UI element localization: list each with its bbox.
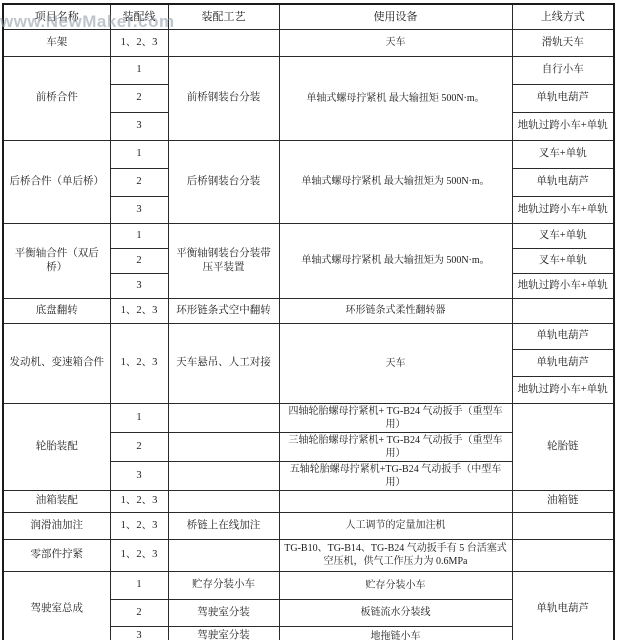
cell-runhua-lines: 1、2、3 — [110, 512, 168, 539]
cell-jiashishi-process-2: 驾驶室分装 — [168, 599, 279, 626]
cell-pinghengzhou-line-1: 1 — [110, 223, 168, 248]
cell-qianqiao-loading-1: 自行小车 — [512, 56, 614, 84]
row-youxiang: 油箱装配 1、2、3 油箱链 — [3, 490, 614, 512]
cell-pinghengzhou-line-2: 2 — [110, 248, 168, 273]
cell-houqiao-equipment: 单轴式螺母拧紧机 最大输扭矩为 500N·m。 — [279, 140, 512, 223]
cell-houqiao-process: 后桥钢装台分装 — [168, 140, 279, 223]
cell-dipan-equipment: 环形链条式柔性翻转器 — [279, 298, 512, 323]
cell-luntai-loading: 轮胎链 — [512, 403, 614, 490]
assembly-spec-table: 项目名称 装配线 装配工艺 使用设备 上线方式 车架 1、2、3 天车 滑轨天车… — [2, 3, 615, 640]
cell-qianqiao-name: 前桥合件 — [3, 56, 110, 140]
cell-lingbujian-loading — [512, 539, 614, 571]
cell-luntai-equipment-1: 四轴轮胎螺母拧紧机+ TG-B24 气动扳手（重型车用） — [279, 403, 512, 432]
cell-houqiao-line-3: 3 — [110, 196, 168, 223]
cell-pinghengzhou-name: 平衡轴合件（双后桥） — [3, 223, 110, 298]
header-loading-method: 上线方式 — [512, 4, 614, 29]
cell-runhua-equipment: 人工调节的定量加注机 — [279, 512, 512, 539]
cell-qianqiao-loading-2: 单轨电葫芦 — [512, 84, 614, 112]
cell-chejia-lines: 1、2、3 — [110, 29, 168, 56]
cell-jiashishi-line-2: 2 — [110, 599, 168, 626]
cell-lingbujian-process — [168, 539, 279, 571]
cell-pinghengzhou-line-3: 3 — [110, 273, 168, 298]
row-fadongji-1: 发动机、变速箱合件 1、2、3 天车悬吊、人工对接 天车 单轨电葫芦 — [3, 323, 614, 349]
cell-pinghengzhou-equipment: 单轴式螺母拧紧机 最大输扭矩为 500N·m。 — [279, 223, 512, 298]
cell-jiashishi-loading: 单轨电葫芦 — [512, 571, 614, 640]
cell-luntai-equipment-2: 三轴轮胎螺母拧紧机+ TG-B24 气动扳手（重型车用） — [279, 432, 512, 461]
row-chejia: 车架 1、2、3 天车 滑轨天车 — [3, 29, 614, 56]
cell-dipan-lines: 1、2、3 — [110, 298, 168, 323]
cell-luntai-equipment-3: 五轴轮胎螺母拧紧机+TG-B24 气动扳手（中型车用） — [279, 461, 512, 490]
cell-qianqiao-loading-3: 地轨过跨小车+单轨 — [512, 112, 614, 140]
cell-jiashishi-equipment-2: 板链流水分装线 — [279, 599, 512, 626]
cell-luntai-process-1 — [168, 403, 279, 432]
cell-lingbujian-equipment: TG-B10、TG-B14、TG-B24 气动扳手有 5 台活塞式空压机，供气工… — [279, 539, 512, 571]
cell-qianqiao-line-2: 2 — [110, 84, 168, 112]
cell-lingbujian-name: 零部件拧紧 — [3, 539, 110, 571]
cell-houqiao-loading-1: 叉车+单轨 — [512, 140, 614, 168]
cell-fadongji-process: 天车悬吊、人工对接 — [168, 323, 279, 403]
row-lingbujian: 零部件拧紧 1、2、3 TG-B10、TG-B14、TG-B24 气动扳手有 5… — [3, 539, 614, 571]
cell-pinghengzhou-loading-3: 地轨过跨小车+单轨 — [512, 273, 614, 298]
cell-qianqiao-process: 前桥钢装台分装 — [168, 56, 279, 140]
document-page: 项目名称 装配线 装配工艺 使用设备 上线方式 车架 1、2、3 天车 滑轨天车… — [0, 0, 617, 640]
row-pinghengzhou-1: 平衡轴合件（双后桥） 1 平衡轴钢装台分装带压平装置 单轴式螺母拧紧机 最大输扭… — [3, 223, 614, 248]
cell-jiashishi-equipment-1: 贮存分装小车 — [279, 571, 512, 599]
cell-pinghengzhou-loading-2: 叉车+单轨 — [512, 248, 614, 273]
cell-luntai-line-3: 3 — [110, 461, 168, 490]
cell-houqiao-line-1: 1 — [110, 140, 168, 168]
cell-dipan-loading — [512, 298, 614, 323]
cell-fadongji-loading-2: 单轨电葫芦 — [512, 349, 614, 376]
cell-fadongji-lines: 1、2、3 — [110, 323, 168, 403]
cell-jiashishi-process-1: 贮存分装小车 — [168, 571, 279, 599]
cell-pinghengzhou-loading-1: 叉车+单轨 — [512, 223, 614, 248]
cell-fadongji-loading-1: 单轨电葫芦 — [512, 323, 614, 349]
row-houqiao-1: 后桥合件（单后桥） 1 后桥钢装台分装 单轴式螺母拧紧机 最大输扭矩为 500N… — [3, 140, 614, 168]
cell-houqiao-loading-2: 单轨电葫芦 — [512, 168, 614, 196]
cell-luntai-process-2 — [168, 432, 279, 461]
cell-chejia-process — [168, 29, 279, 56]
cell-chejia-name: 车架 — [3, 29, 110, 56]
cell-chejia-equipment: 天车 — [279, 29, 512, 56]
cell-fadongji-loading-3: 地轨过跨小车+单轨 — [512, 376, 614, 403]
cell-runhua-process: 桥链上在线加注 — [168, 512, 279, 539]
cell-qianqiao-line-1: 1 — [110, 56, 168, 84]
cell-runhua-name: 润滑油加注 — [3, 512, 110, 539]
row-jiashishi-1: 驾驶室总成 1 贮存分装小车 贮存分装小车 单轨电葫芦 — [3, 571, 614, 599]
cell-youxiang-loading: 油箱链 — [512, 490, 614, 512]
cell-luntai-name: 轮胎装配 — [3, 403, 110, 490]
cell-youxiang-process — [168, 490, 279, 512]
row-dipan: 底盘翻转 1、2、3 环形链条式空中翻转 环形链条式柔性翻转器 — [3, 298, 614, 323]
cell-houqiao-loading-3: 地轨过跨小车+单轨 — [512, 196, 614, 223]
cell-jiashishi-name: 驾驶室总成 — [3, 571, 110, 640]
cell-jiashishi-process-3: 驾驶室分装 — [168, 626, 279, 640]
cell-jiashishi-line-3: 3 — [110, 626, 168, 640]
cell-fadongji-equipment: 天车 — [279, 323, 512, 403]
header-equipment: 使用设备 — [279, 4, 512, 29]
cell-youxiang-lines: 1、2、3 — [110, 490, 168, 512]
cell-qianqiao-line-3: 3 — [110, 112, 168, 140]
cell-dipan-process: 环形链条式空中翻转 — [168, 298, 279, 323]
cell-lingbujian-lines: 1、2、3 — [110, 539, 168, 571]
cell-fadongji-name: 发动机、变速箱合件 — [3, 323, 110, 403]
row-runhua: 润滑油加注 1、2、3 桥链上在线加注 人工调节的定量加注机 — [3, 512, 614, 539]
row-qianqiao-1: 前桥合件 1 前桥钢装台分装 单轴式螺母拧紧机 最大输扭矩 500N·m。 自行… — [3, 56, 614, 84]
row-luntai-1: 轮胎装配 1 四轴轮胎螺母拧紧机+ TG-B24 气动扳手（重型车用） 轮胎链 — [3, 403, 614, 432]
cell-jiashishi-line-1: 1 — [110, 571, 168, 599]
cell-qianqiao-equipment: 单轴式螺母拧紧机 最大输扭矩 500N·m。 — [279, 56, 512, 140]
cell-luntai-process-3 — [168, 461, 279, 490]
cell-dipan-name: 底盘翻转 — [3, 298, 110, 323]
cell-luntai-line-2: 2 — [110, 432, 168, 461]
cell-chejia-loading: 滑轨天车 — [512, 29, 614, 56]
cell-pinghengzhou-process: 平衡轴钢装台分装带压平装置 — [168, 223, 279, 298]
cell-luntai-line-1: 1 — [110, 403, 168, 432]
header-assembly-process: 装配工艺 — [168, 4, 279, 29]
cell-houqiao-line-2: 2 — [110, 168, 168, 196]
header-row: 项目名称 装配线 装配工艺 使用设备 上线方式 — [3, 4, 614, 29]
cell-youxiang-equipment — [279, 490, 512, 512]
cell-jiashishi-equipment-3: 地拖链小车 — [279, 626, 512, 640]
cell-runhua-loading — [512, 512, 614, 539]
cell-houqiao-name: 后桥合件（单后桥） — [3, 140, 110, 223]
cell-youxiang-name: 油箱装配 — [3, 490, 110, 512]
header-assembly-line: 装配线 — [110, 4, 168, 29]
header-project-name: 项目名称 — [3, 4, 110, 29]
